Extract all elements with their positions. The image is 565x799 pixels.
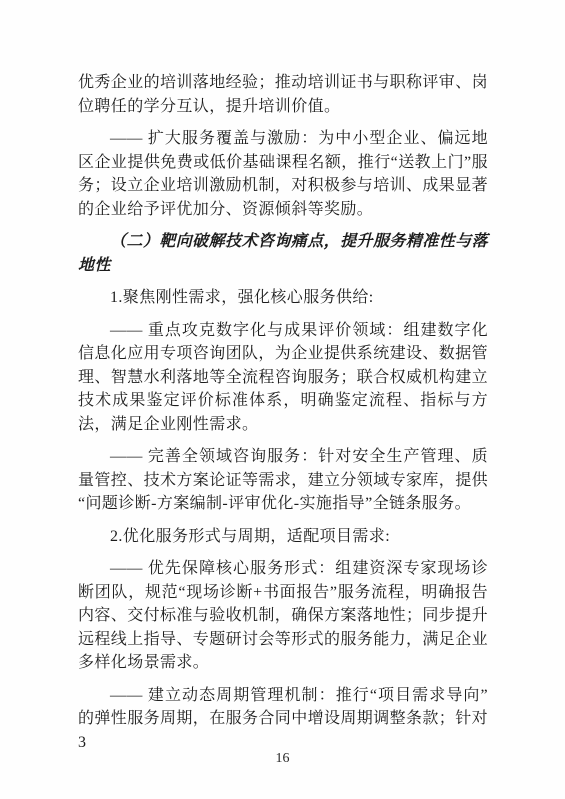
- paragraph-dash-item: —— 建立动态周期管理机制：推行“项目需求导向”的弹性服务周期，在服务合同中增设…: [78, 684, 488, 755]
- section-heading: （二）靶向破解技术咨询痛点，提升服务精准性与落地性: [78, 230, 488, 277]
- paragraph: 优秀企业的培训落地经验；推动培训证书与职称评审、岗位聘任的学分互认，提升培训价值…: [78, 71, 488, 118]
- paragraph-numbered-item: 2.优化服务形式与周期，适配项目需求:: [78, 525, 488, 549]
- paragraph-dash-item: —— 完善全领域咨询服务：针对安全生产管理、质量管控、技术方案论证等需求，建立分…: [78, 445, 488, 516]
- document-body: 优秀企业的培训落地经验；推动培训证书与职称评审、岗位聘任的学分互认，提升培训价值…: [78, 71, 488, 763]
- paragraph-numbered-item: 1.聚焦刚性需求，强化核心服务供给:: [78, 286, 488, 310]
- document-page: 优秀企业的培训落地经验；推动培训证书与职称评审、岗位聘任的学分互认，提升培训价值…: [0, 0, 565, 799]
- paragraph-dash-item: —— 扩大服务覆盖与激励：为中小型企业、偏远地区企业提供免费或低价基础课程名额，…: [78, 127, 488, 221]
- page-number: 16: [0, 751, 565, 767]
- paragraph-dash-item: —— 重点攻克数字化与成果评价领域：组建数字化信息化应用专项咨询团队，为企业提供…: [78, 319, 488, 437]
- paragraph-dash-item: —— 优先保障核心服务形式：组建资深专家现场诊断团队，规范“现场诊断+书面报告”…: [78, 557, 488, 675]
